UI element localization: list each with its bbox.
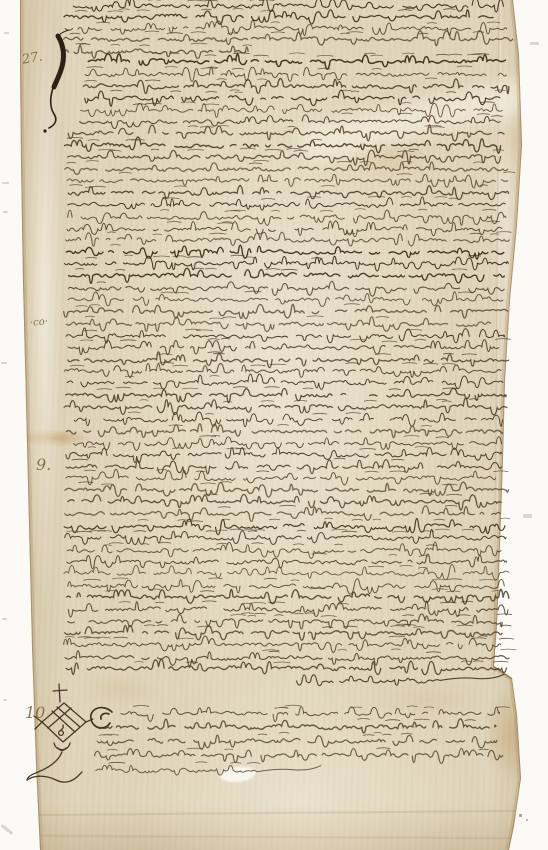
margin-mark: ·co· bbox=[30, 316, 49, 329]
manuscript-scan: 27. ·co· 9. 10. bbox=[0, 0, 548, 850]
notarial-sign bbox=[27, 684, 93, 782]
initial-flourish bbox=[43, 30, 69, 133]
pen-drawings bbox=[0, 0, 548, 850]
margin-mark: 10. bbox=[25, 703, 50, 722]
margin-mark: 9. bbox=[36, 455, 51, 474]
ego-initial bbox=[91, 708, 112, 728]
